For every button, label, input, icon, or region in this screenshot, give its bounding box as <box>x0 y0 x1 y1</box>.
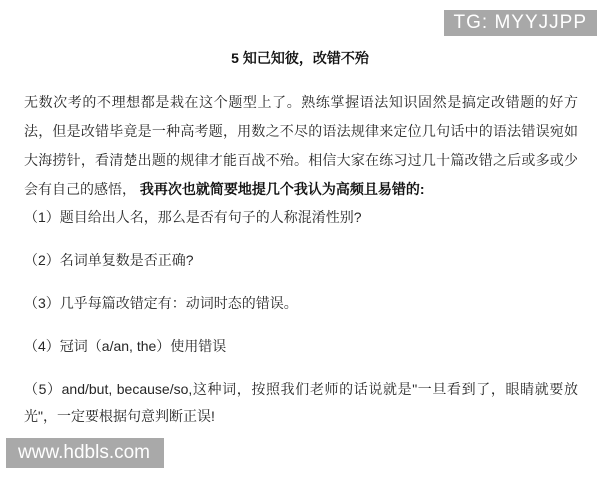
list-item: （1）题目给出人名，那么是否有句子的人称混淆性别? <box>24 204 578 231</box>
document-page: TG: MYYJJPP 5 知己知彼，改错不殆 无数次考的不理想都是栽在这个题型… <box>0 0 600 480</box>
telegram-watermark-badge: TG: MYYJJPP <box>444 10 597 36</box>
numbered-list: （1）题目给出人名，那么是否有句子的人称混淆性别? （2）名词单复数是否正确? … <box>24 204 578 430</box>
intro-paragraph: 无数次考的不理想都是栽在这个题型上了。熟练掌握语法知识固然是搞定改错题的好方法，… <box>24 88 578 204</box>
list-item: （4）冠词（a/an, the）使用错误 <box>24 333 578 360</box>
list-item: （2）名词单复数是否正确? <box>24 247 578 274</box>
intro-text-bold: 我再次也就简要地提几个我认为高频且易错的: <box>140 181 425 197</box>
document-body: 无数次考的不理想都是栽在这个题型上了。熟练掌握语法知识固然是搞定改错题的好方法，… <box>24 88 578 430</box>
list-item: （3）几乎每篇改错定有：动词时态的错误。 <box>24 290 578 317</box>
site-watermark: www.hdbls.com <box>6 438 164 468</box>
list-item: （5）and/but, because/so,这种词，按照我们老师的话说就是"一… <box>24 376 578 430</box>
page-title: 5 知己知彼，改错不殆 <box>0 48 600 68</box>
